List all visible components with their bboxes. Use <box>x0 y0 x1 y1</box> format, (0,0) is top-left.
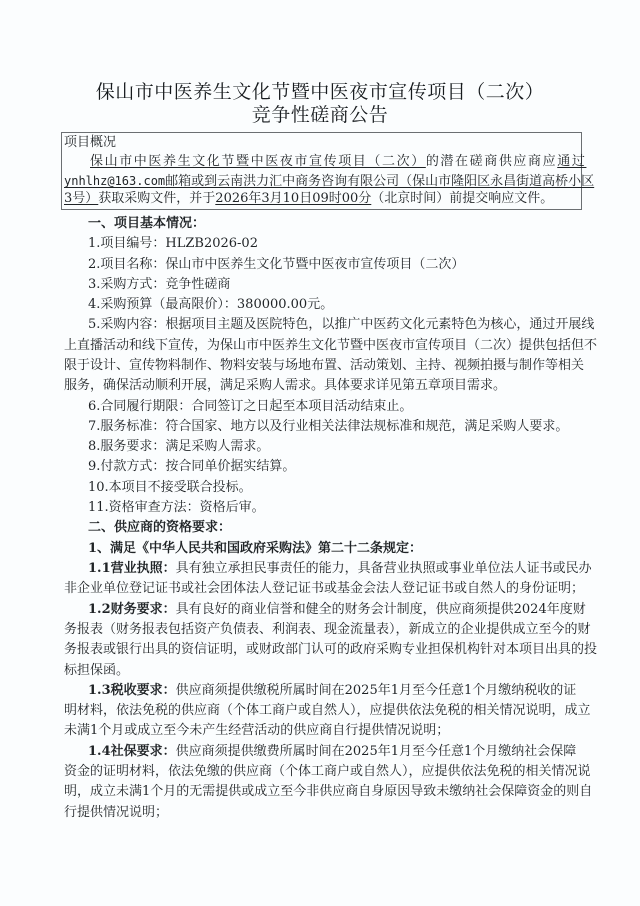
section1-heading: 一、项目基本情况： <box>88 215 205 233</box>
section1-item-3: 3.采购方式：竞争性磋商 <box>88 276 230 294</box>
req-1-2-l4: 标担保函。 <box>64 662 129 680</box>
req-1-3-label: 1.3税收要求： <box>88 683 176 698</box>
req-1-2-l1: 1.2财务要求：具有良好的商业信誉和健全的财务会计制度，供应商须提供2024年度… <box>88 601 586 619</box>
req-1-3-l2: 明材料，依法免税的供应商（个体工商户或自然人），应提供依法免税的相关情况说明，成… <box>64 702 591 720</box>
req-1-2-l2: 务报表（财务报表包括资产负债表、利润表、现金流量表），新成立的企业提供成立至今的… <box>64 621 591 639</box>
section1-item-1: 1.项目编号：HLZB2026-02 <box>88 235 258 253</box>
section1-item-7: 7.服务标准：符合国家、地方以及行业相关法律法规标准和规范，满足采购人要求。 <box>88 418 568 436</box>
overview-text: 获取采购文件，并于 <box>98 191 215 206</box>
req-1-4-label: 1.4社保要求： <box>88 744 176 759</box>
overview-text: 的潜在磋商供应商应 <box>426 154 557 169</box>
overview-line-3: 3号）获取采购文件，并于2026年3月10日09时00分（北京时间）前提交响应文… <box>64 190 553 208</box>
section1-item-5-l3: 限于设计、宣传物料制作、物料安装与场地布置、活动策划、主持、视频拍摄与制作等相关 <box>64 357 584 375</box>
overview-deadline: 2026年3月10日09时00分 <box>215 191 371 206</box>
req-1-3-l1: 1.3税收要求：供应商须提供缴税所属时间在2025年1月至今任意1个月缴纳税收的… <box>88 682 576 700</box>
section1-item-11: 11.资格审查方法：资格后审。 <box>88 499 265 517</box>
section1-item-6: 6.合同履行期限：合同签订之日起至本项目活动结束止。 <box>88 398 412 416</box>
section1-item-2: 2.项目名称：保山市中医养生文化节暨中医夜市宣传项目（二次） <box>88 256 464 274</box>
req-1-1-l2: 非企业单位登记证书或社会团体法人登记证书或基金会法人登记证书或自然人的身份证明； <box>64 580 584 598</box>
overview-text: （北京时间）前提交响应文件。 <box>371 191 553 206</box>
section1-item-5-l4: 服务，确保活动顺利开展，满足采购人需求。具体要求详见第五章项目需求。 <box>64 377 506 395</box>
overview-project-name: 保山市中医养生文化节暨中医夜市宣传项目（二次） <box>90 154 426 169</box>
overview-email: ynhlhz@163.com <box>64 174 165 188</box>
req-1-4-l1: 1.4社保要求：供应商须提供缴费所属时间在2025年1月至今任意1个月缴纳社会保… <box>88 743 576 761</box>
section2-sub1: 1、满足《中华人民共和国政府采购法》第二十二条规定： <box>88 540 422 558</box>
overview-address: 邮箱或到云南洪力汇中商务咨询有限公司（保山市隆阳区永昌街道高桥小区 <box>165 174 594 189</box>
section2-heading: 二、供应商的资格要求： <box>88 519 231 537</box>
section1-item-8: 8.服务要求：满足采购人需求。 <box>88 438 269 456</box>
req-1-1-l1: 1.1营业执照：具有独立承担民事责任的能力，具备营业执照或事业单位法人证书或民办 <box>88 560 592 578</box>
document-page: 保山市中医养生文化节暨中医夜市宣传项目（二次） 竞争性磋商公告 项目概况 保山市… <box>0 0 640 906</box>
overview-heading: 项目概况 <box>64 134 116 152</box>
req-1-4-l3: 明，成立未满1个月的无需提供或成立至今非供应商自身原因导致未缴纳社会保障资金的则… <box>64 783 592 801</box>
req-1-3-l3: 未满1个月或成立至今未产生经营活动的供应商自行提供情况说明； <box>64 722 449 740</box>
section1-item-10: 10.本项目不接受联合投标。 <box>88 479 252 497</box>
req-1-4-l4: 行提供情况说明； <box>64 804 168 822</box>
req-1-2-l3: 务报表或银行出具的资信证明，或财政部门认可的政府采购专业担保机构针对本项目出具的… <box>64 641 597 659</box>
req-1-4-l2: 资金的证明材料，依法免缴的供应商（个体工商户或自然人），应提供依法免税的相关情况… <box>64 763 591 781</box>
overview-line-2: ynhlhz@163.com邮箱或到云南洪力汇中商务咨询有限公司（保山市隆阳区永… <box>64 172 594 191</box>
req-1-4-text: 供应商须提供缴费所属时间在2025年1月至今任意1个月缴纳社会保障 <box>176 744 577 759</box>
req-1-2-label: 1.2财务要求： <box>88 602 176 617</box>
overview-text-tail: 通过 <box>557 154 586 169</box>
req-1-2-text: 具有良好的商业信誉和健全的财务会计制度，供应商须提供2024年度财 <box>176 602 586 617</box>
req-1-3-text: 供应商须提供缴税所属时间在2025年1月至今任意1个月缴纳税收的证 <box>176 683 577 698</box>
section1-item-9: 9.付款方式：按合同单价据实结算。 <box>88 458 295 476</box>
overview-address-end: 3号） <box>64 191 98 206</box>
section1-item-5-l1: 5.采购内容：根据项目主题及医院特色，以推广中医药文化元素特色为核心，通过开展线 <box>88 316 594 334</box>
document-subtitle: 竞争性磋商公告 <box>0 100 640 127</box>
section1-item-5-l2: 上直播活动和线下宣传，为保山市中医养生文化节暨中医夜市宣传项目（二次）提供包括但… <box>64 337 597 355</box>
req-1-1-text: 具有独立承担民事责任的能力，具备营业执照或事业单位法人证书或民办 <box>176 561 592 576</box>
overview-line-1: 保山市中医养生文化节暨中医夜市宣传项目（二次）的潜在磋商供应商应通过 <box>90 153 586 171</box>
section1-item-4: 4.采购预算（最高限价）：380000.00元。 <box>88 296 333 314</box>
req-1-1-label: 1.1营业执照： <box>88 561 176 576</box>
